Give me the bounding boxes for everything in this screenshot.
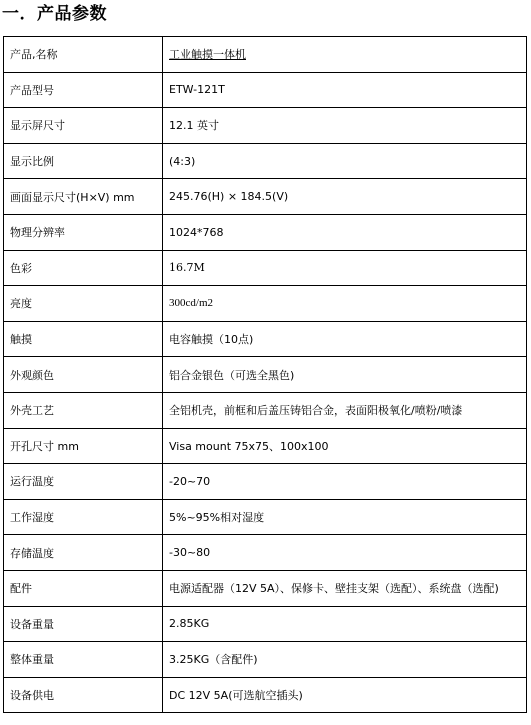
section-title: 一．产品参数 [2,1,107,27]
table-row: 整体重量 3.25KG（含配件) [4,642,527,678]
spec-value: 2.85KG [163,606,527,642]
table-row: 配件 电源适配器（12V 5A）、保修卡、壁挂支架（选配）、系统盘（选配) [4,570,527,606]
spec-label: 配件 [4,570,163,606]
table-row: 产品,名称 工业触摸一体机 [4,37,527,73]
spec-value: (4:3) [163,143,527,179]
spec-value: 电源适配器（12V 5A）、保修卡、壁挂支架（选配）、系统盘（选配) [163,570,527,606]
spec-label: 存储温度 [4,535,163,571]
spec-label: 工作湿度 [4,499,163,535]
spec-label: 画面显示尺寸(H×V) mm [4,179,163,215]
spec-label: 亮度 [4,286,163,322]
spec-value: 铝合金银色（可选全黑色) [163,357,527,393]
spec-value: 1024*768 [163,214,527,250]
spec-label: 物理分辨率 [4,214,163,250]
spec-label: 设备重量 [4,606,163,642]
spec-value: 12.1 英寸 [163,108,527,144]
spec-value: ETW-121T [163,72,527,108]
spec-value: Visa mount 75x75、100x100 [163,428,527,464]
spec-value: -20~70 [163,464,527,500]
spec-label: 触摸 [4,321,163,357]
product-name-link[interactable]: 工业触摸一体机 [169,48,246,61]
table-row: 色彩 16.7M [4,250,527,286]
spec-value: 电容触摸（10点) [163,321,527,357]
spec-value: 245.76(H) × 184.5(V) [163,179,527,215]
table-row: 运行温度 -20~70 [4,464,527,500]
product-spec-table: 产品,名称 工业触摸一体机 产品型号 ETW-121T 显示屏尺寸 12.1 英… [3,36,527,713]
table-row: 存储温度 -30~80 [4,535,527,571]
spec-label: 外壳工艺 [4,392,163,428]
spec-value: 5%~95%相对湿度 [163,499,527,535]
table-row: 设备重量 2.85KG [4,606,527,642]
spec-label: 设备供电 [4,677,163,713]
table-row: 显示屏尺寸 12.1 英寸 [4,108,527,144]
spec-value: 全铝机壳，前框和后盖压铸铝合金，表面阳极氧化/喷粉/喷漆 [163,392,527,428]
spec-label: 色彩 [4,250,163,286]
spec-label: 产品,名称 [4,37,163,73]
table-row: 画面显示尺寸(H×V) mm 245.76(H) × 184.5(V) [4,179,527,215]
spec-value: -30~80 [163,535,527,571]
spec-label: 显示比例 [4,143,163,179]
table-row: 外观颜色 铝合金银色（可选全黑色) [4,357,527,393]
table-row: 工作湿度 5%~95%相对湿度 [4,499,527,535]
table-row: 设备供电 DC 12V 5A(可选航空插头) [4,677,527,713]
table-row: 显示比例 (4:3) [4,143,527,179]
spec-value: 16.7M [163,250,527,286]
spec-label: 外观颜色 [4,357,163,393]
spec-value: 300cd/m2 [163,286,527,322]
table-row: 触摸 电容触摸（10点) [4,321,527,357]
spec-value: DC 12V 5A(可选航空插头) [163,677,527,713]
spec-value: 工业触摸一体机 [163,37,527,73]
table-row: 亮度 300cd/m2 [4,286,527,322]
table-row: 开孔尺寸 mm Visa mount 75x75、100x100 [4,428,527,464]
spec-value: 3.25KG（含配件) [163,642,527,678]
table-row: 外壳工艺 全铝机壳，前框和后盖压铸铝合金，表面阳极氧化/喷粉/喷漆 [4,392,527,428]
spec-label: 开孔尺寸 mm [4,428,163,464]
spec-label: 显示屏尺寸 [4,108,163,144]
spec-label: 产品型号 [4,72,163,108]
table-row: 物理分辨率 1024*768 [4,214,527,250]
spec-label: 运行温度 [4,464,163,500]
spec-label: 整体重量 [4,642,163,678]
table-row: 产品型号 ETW-121T [4,72,527,108]
